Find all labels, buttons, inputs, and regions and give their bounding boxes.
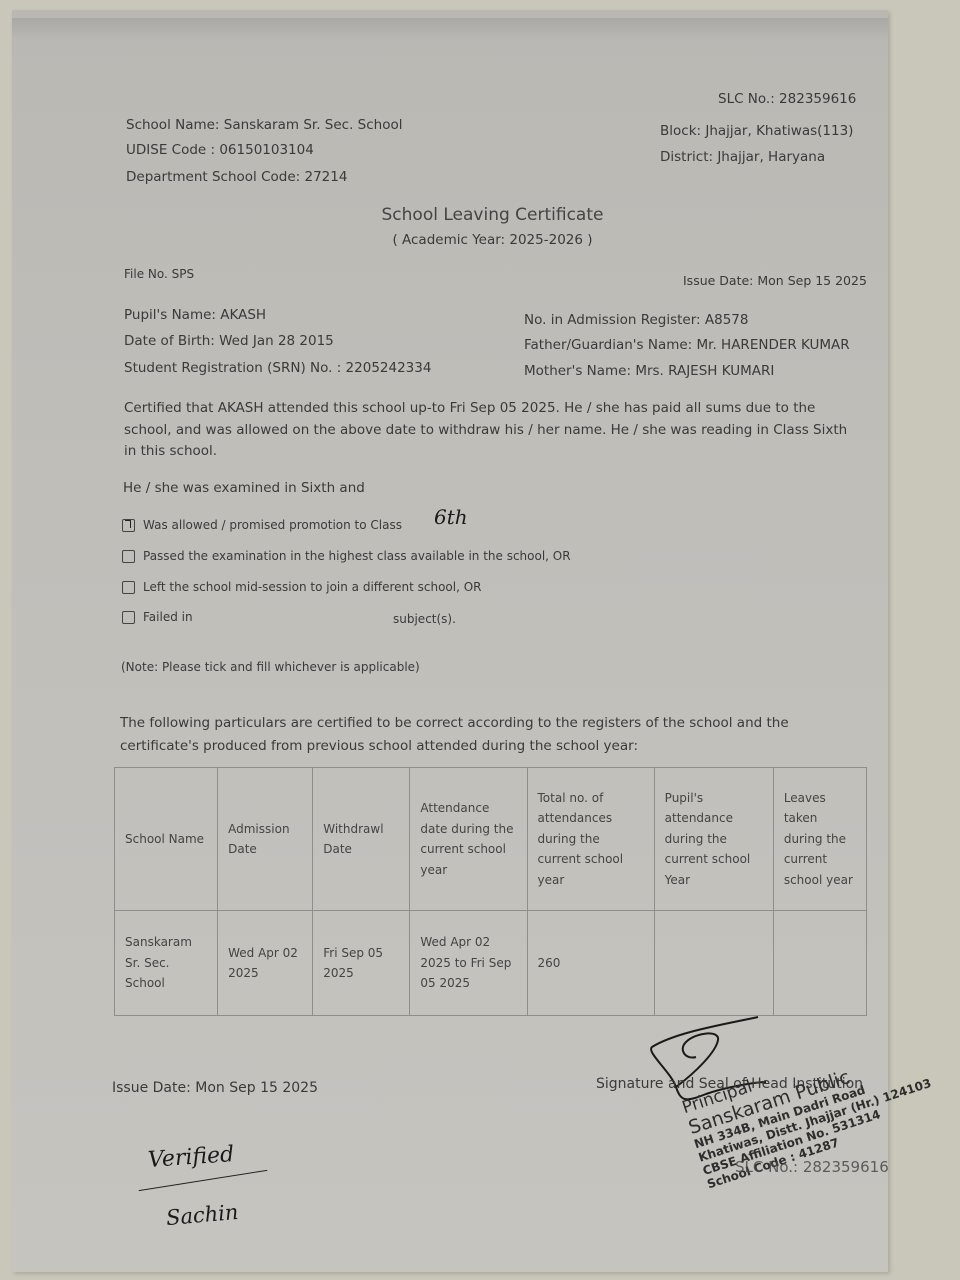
cell-pupil-attendance	[654, 911, 773, 1016]
issue-date: Issue Date: Mon Sep 15 2025	[683, 273, 867, 288]
checkbox-icon[interactable]	[122, 581, 135, 594]
table-header-row: School Name Admission Date Withdrawl Dat…	[115, 768, 867, 911]
footer-slc-number: SLC No.: 282359616	[735, 1158, 889, 1176]
option-left-mid-session[interactable]: Left the school mid-session to join a di…	[122, 580, 482, 594]
option-label: Failed in	[143, 610, 193, 624]
district: District: Jhajjar, Haryana	[660, 149, 825, 165]
mother-name: Mother's Name: Mrs. RAJESH KUMARI	[524, 363, 774, 379]
option-label: Was allowed / promised promotion to Clas…	[143, 518, 402, 532]
column-header: Pupil's attendance during the current sc…	[654, 768, 773, 911]
particulars-intro: The following particulars are certified …	[120, 712, 820, 758]
column-header: Attendance date during the current schoo…	[410, 768, 527, 911]
checkbox-checked-icon[interactable]	[122, 519, 135, 532]
checkbox-icon[interactable]	[122, 611, 135, 624]
slc-number: SLC No.: 282359616	[718, 91, 856, 107]
school-name: School Name: Sanskaram Sr. Sec. School	[126, 117, 403, 133]
option-passed-highest[interactable]: Passed the examination in the highest cl…	[122, 549, 571, 563]
udise-code: UDISE Code : 06150103104	[126, 142, 314, 158]
column-header: Leaves taken during the current school y…	[773, 768, 866, 911]
footer-issue-date: Issue Date: Mon Sep 15 2025	[112, 1080, 318, 1096]
cell-withdrawl-date: Fri Sep 05 2025	[313, 911, 410, 1016]
option-label: Passed the examination in the highest cl…	[143, 549, 571, 563]
column-header: Withdrawl Date	[313, 768, 410, 911]
option-promotion[interactable]: Was allowed / promised promotion to Clas…	[122, 518, 402, 532]
handwritten-promoted-class: 6th	[434, 505, 468, 529]
certificate-title: School Leaving Certificate	[0, 205, 960, 225]
admission-register-number: No. in Admission Register: A8578	[524, 312, 748, 328]
block: Block: Jhajjar, Khatiwas(113)	[660, 123, 853, 139]
cell-total-attendances: 260	[527, 911, 654, 1016]
column-header: School Name	[115, 768, 218, 911]
failed-subjects-suffix: subject(s).	[393, 612, 456, 626]
cell-school-name: Sanskaram Sr. Sec. School	[115, 911, 218, 1016]
table-row: Sanskaram Sr. Sec. School Wed Apr 02 202…	[115, 911, 867, 1016]
option-label: Left the school mid-session to join a di…	[143, 580, 482, 594]
examined-statement: He / she was examined in Sixth and	[123, 480, 365, 496]
pupil-name: Pupil's Name: AKASH	[124, 307, 266, 323]
date-of-birth: Date of Birth: Wed Jan 28 2015	[124, 333, 334, 349]
father-name: Father/Guardian's Name: Mr. HARENDER KUM…	[524, 337, 850, 353]
column-header: Total no. of attendances during the curr…	[527, 768, 654, 911]
particulars-table: School Name Admission Date Withdrawl Dat…	[114, 767, 867, 1016]
option-failed[interactable]: Failed in	[122, 610, 193, 624]
note: (Note: Please tick and fill whichever is…	[121, 660, 420, 674]
certification-statement: Certified that AKASH attended this schoo…	[124, 398, 854, 463]
cell-attendance-dates: Wed Apr 02 2025 to Fri Sep 05 2025	[410, 911, 527, 1016]
academic-year: ( Academic Year: 2025-2026 )	[0, 232, 960, 248]
cell-admission-date: Wed Apr 02 2025	[218, 911, 313, 1016]
column-header: Admission Date	[218, 768, 313, 911]
department-school-code: Department School Code: 27214	[126, 169, 347, 185]
srn-number: Student Registration (SRN) No. : 2205242…	[124, 360, 431, 376]
checkbox-icon[interactable]	[122, 550, 135, 563]
cell-leaves-taken	[773, 911, 866, 1016]
file-number: File No. SPS	[124, 267, 194, 281]
